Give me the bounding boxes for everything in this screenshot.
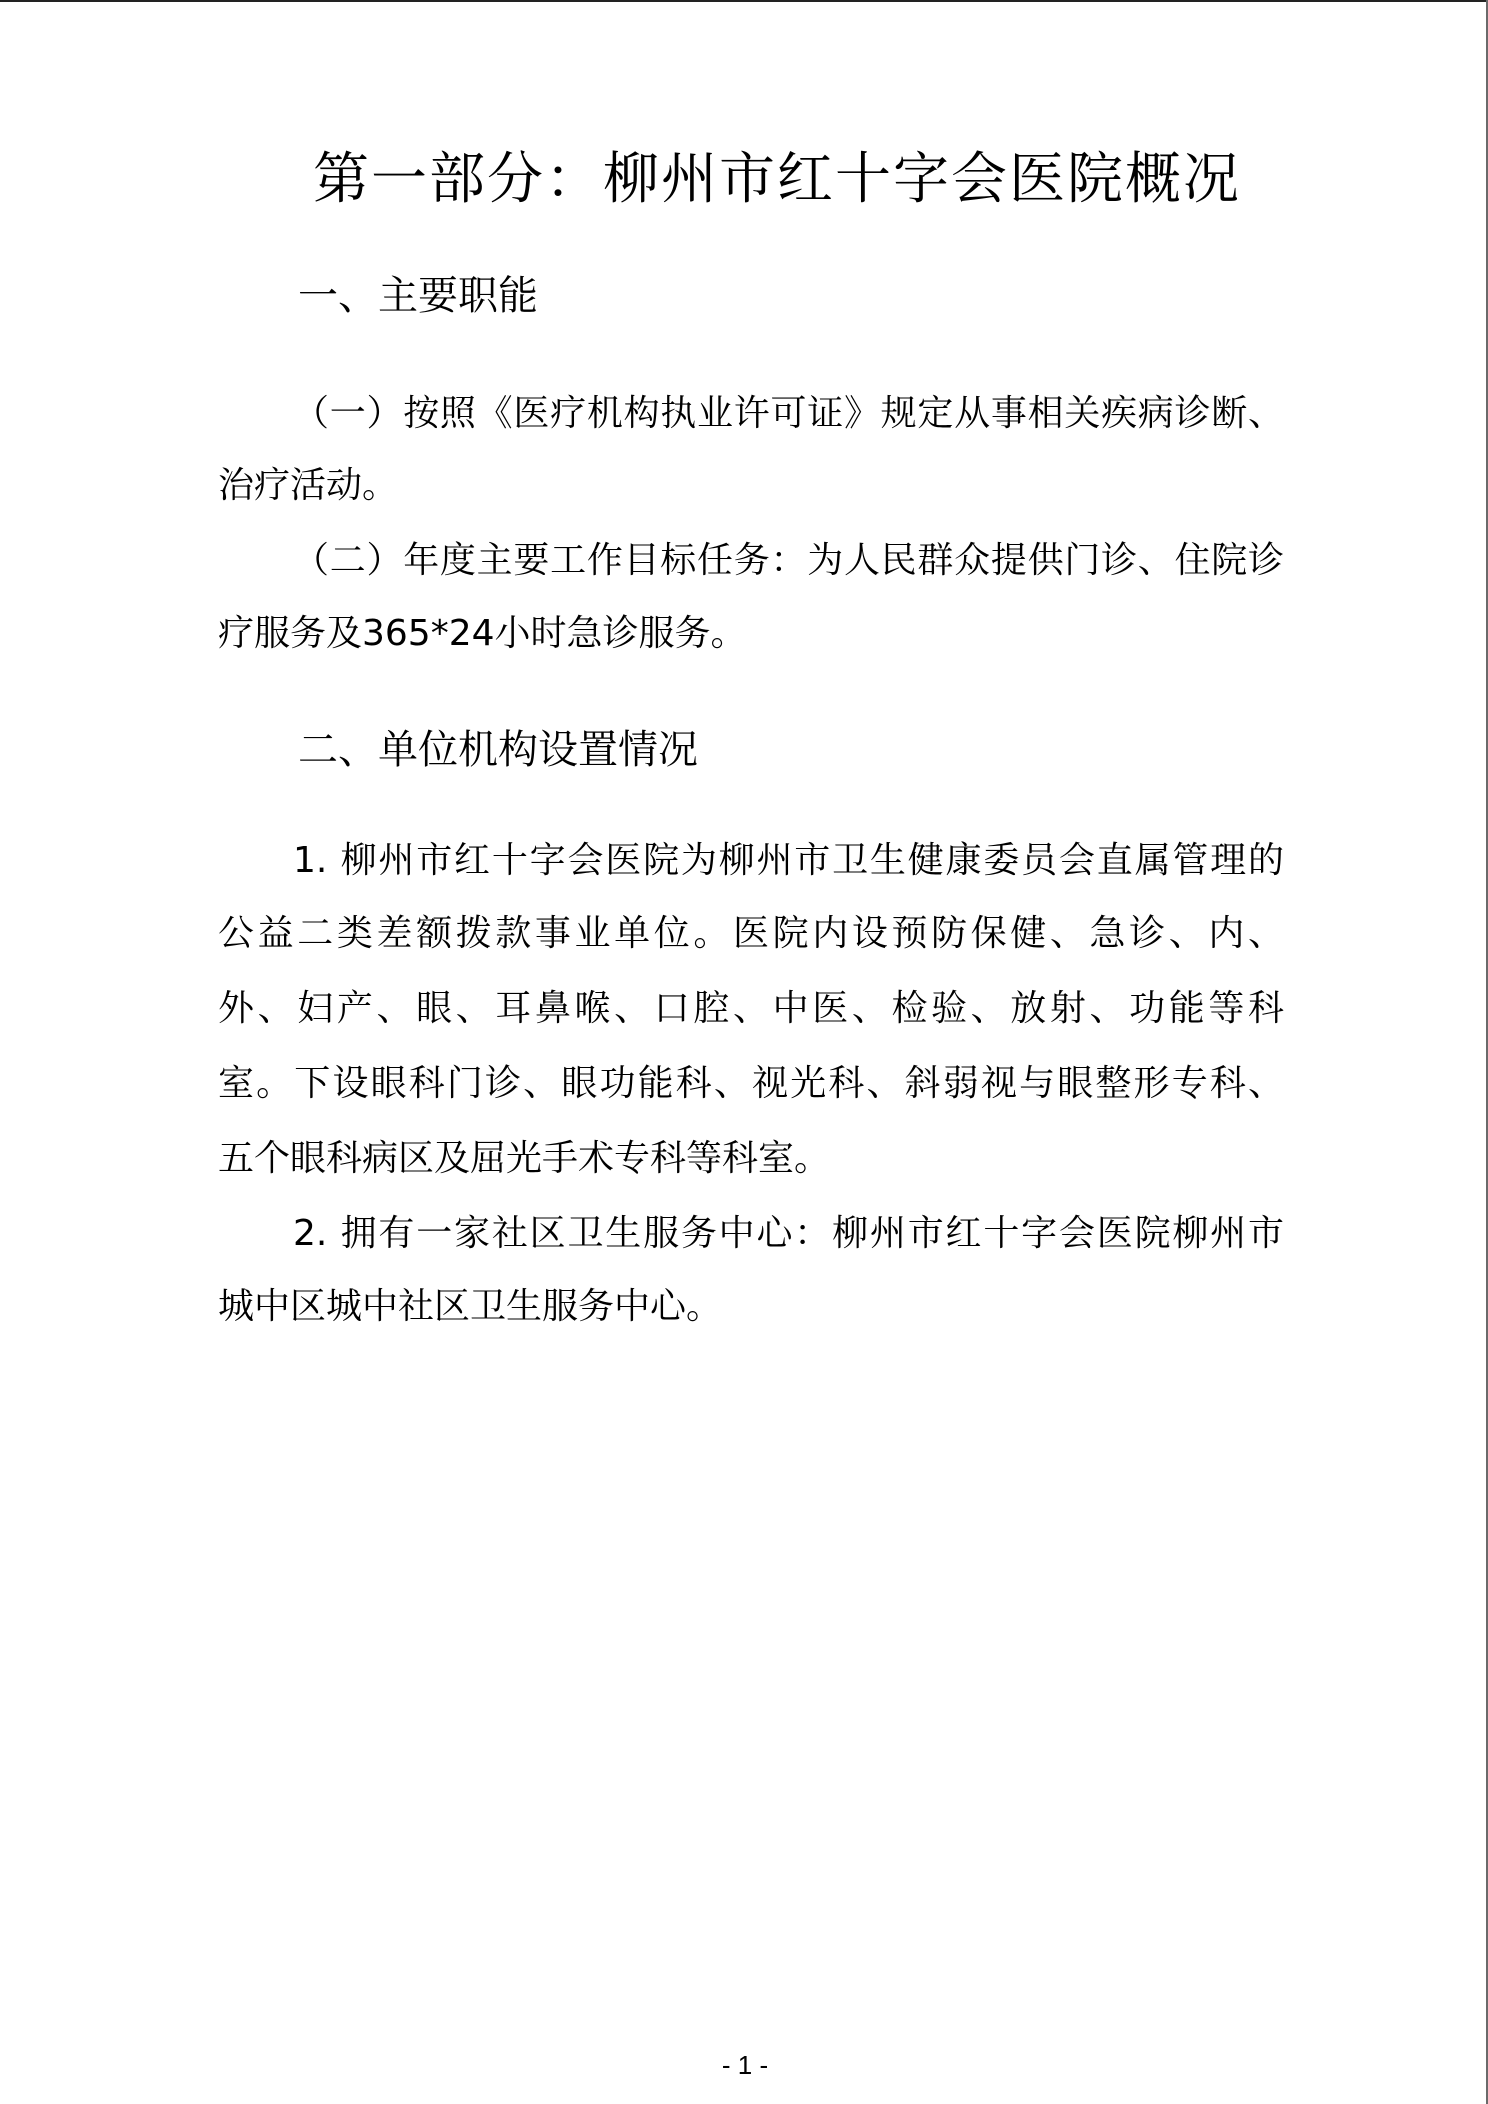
section-heading-main-functions: 一、主要职能 [298,274,538,318]
page-number: - 1 - [700,2050,790,2080]
paragraph-line: 治疗活动。 [218,466,1284,506]
paragraph-line: 1. 柳州市红十字会医院为柳州市卫生健康委员会直属管理的 [293,841,1284,881]
paragraph-line: （二）年度主要工作目标任务：为人民群众提供门诊、住院诊 [293,541,1284,581]
paragraph-line: 外、妇产、眼、耳鼻喉、口腔、中医、检验、放射、功能等科 [218,989,1284,1029]
paragraph-line: 五个眼科病区及屈光手术专科等科室。 [218,1139,1284,1179]
page-top-border [0,0,1488,2]
paragraph-line: 疗服务及365*24小时急诊服务。 [218,614,1284,654]
paragraph-line: （一）按照《医疗机构执业许可证》规定从事相关疾病诊断、 [293,394,1284,434]
paragraph-line: 城中区城中社区卫生服务中心。 [218,1287,1284,1327]
paragraph-line: 公益二类差额拨款事业单位。医院内设预防保健、急诊、内、 [218,914,1284,954]
paragraph-line: 室。下设眼科门诊、眼功能科、视光科、斜弱视与眼整形专科、 [218,1064,1284,1104]
section-heading-organization: 二、单位机构设置情况 [298,728,698,772]
page-title: 第一部分：柳州市红十字会医院概况 [313,149,1191,211]
paragraph-line: 2. 拥有一家社区卫生服务中心：柳州市红十字会医院柳州市 [293,1214,1284,1254]
